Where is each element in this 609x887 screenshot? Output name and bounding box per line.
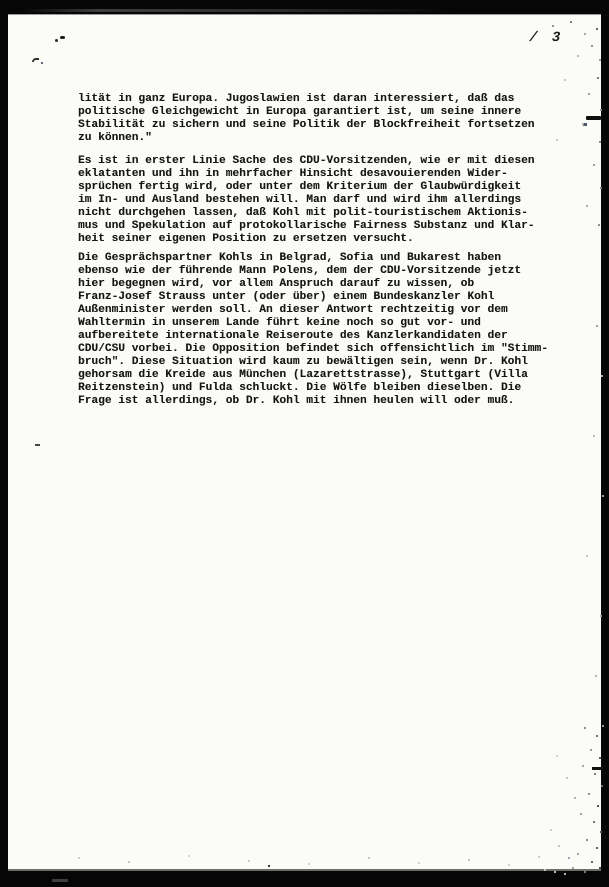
page-number: / 3	[527, 30, 565, 46]
paragraph-cdu-vorsitzender: Es ist in erster Linie Sache des CDU-Vor…	[78, 155, 560, 246]
scan-noise-bottom-right	[544, 721, 546, 723]
scan-speck	[60, 36, 65, 39]
document-page: / 3 lität in ganz Europa. Jugoslawien is…	[8, 14, 601, 871]
scan-noise-right-mid	[568, 315, 570, 317]
paragraph-quote-end: lität in ganz Europa. Jugoslawien ist da…	[78, 93, 560, 145]
scan-edge-tick	[586, 116, 601, 120]
scan-noise-bottom-strip	[68, 851, 70, 853]
document-text-block: lität in ganz Europa. Jugoslawien ist da…	[78, 93, 560, 408]
paragraph-gespraechspartner: Die Gesprächspartner Kohls in Belgrad, S…	[78, 252, 560, 408]
scan-speck	[55, 39, 58, 42]
scan-speck	[41, 62, 43, 64]
scan-ink-dash	[592, 767, 603, 770]
scan-frame-streak	[22, 9, 452, 12]
scan-noise-top-right	[544, 19, 546, 21]
scan-speck	[32, 58, 39, 62]
scan-frame-dash	[52, 879, 68, 882]
scan-speck	[35, 444, 40, 446]
scan-edge-tick	[583, 123, 587, 126]
scanned-document-screenshot: { "doc": { "page_number": "/ 3", "paragr…	[0, 0, 609, 887]
